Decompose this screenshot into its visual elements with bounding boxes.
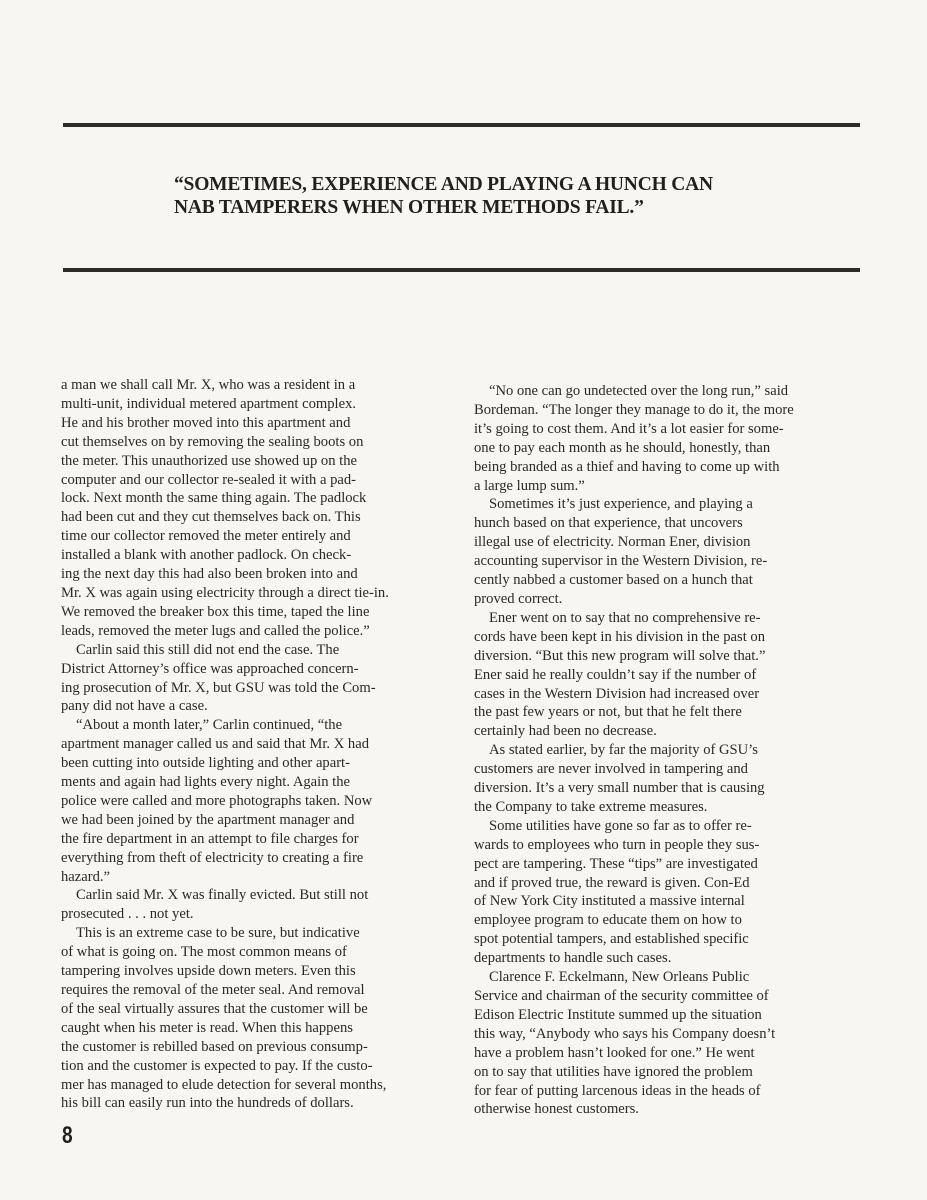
text-line: Carlin said Mr. X was finally evicted. B… — [61, 886, 433, 905]
text-line: on to say that utilities have ignored th… — [474, 1063, 870, 1082]
text-line: Some utilities have gone so far as to of… — [474, 817, 870, 836]
left-column: a man we shall call Mr. X, who was a res… — [61, 376, 433, 1113]
text-line: certainly had been no decrease. — [474, 722, 870, 741]
text-line: hunch based on that experience, that unc… — [474, 514, 870, 533]
text-line: had been cut and they cut themselves bac… — [61, 508, 433, 527]
text-line: multi-unit, individual metered apartment… — [61, 395, 433, 414]
text-line: otherwise honest customers. — [474, 1100, 870, 1119]
text-line: departments to handle such cases. — [474, 949, 870, 968]
text-line: this way, “Anybody who says his Company … — [474, 1025, 870, 1044]
text-line: Bordeman. “The longer they manage to do … — [474, 401, 870, 420]
text-line: pany did not have a case. — [61, 697, 433, 716]
text-line: “No one can go undetected over the long … — [474, 382, 870, 401]
text-line: cases in the Western Division had increa… — [474, 685, 870, 704]
text-line: tion and the customer is expected to pay… — [61, 1057, 433, 1076]
text-line: pect are tampering. These “tips” are inv… — [474, 855, 870, 874]
text-line: the meter. This unauthorized use showed … — [61, 452, 433, 471]
text-line: Carlin said this still did not end the c… — [61, 641, 433, 660]
text-line: cords have been kept in his division in … — [474, 628, 870, 647]
text-line: proved correct. — [474, 590, 870, 609]
text-line: “About a month later,” Carlin continued,… — [61, 716, 433, 735]
text-line: for fear of putting larcenous ideas in t… — [474, 1082, 870, 1101]
right-column: “No one can go undetected over the long … — [474, 382, 870, 1119]
text-line: employee program to educate them on how … — [474, 911, 870, 930]
text-line: cently nabbed a customer based on a hunc… — [474, 571, 870, 590]
text-line: diversion. It’s a very small number that… — [474, 779, 870, 798]
text-line: apartment manager called us and said tha… — [61, 735, 433, 754]
text-line: accounting supervisor in the Western Div… — [474, 552, 870, 571]
text-line: of the seal virtually assures that the c… — [61, 1000, 433, 1019]
text-line: Ener said he really couldn’t say if the … — [474, 666, 870, 685]
text-line: hazard.” — [61, 868, 433, 887]
text-line: and if proved true, the reward is given.… — [474, 874, 870, 893]
text-line: mer has managed to elude detection for s… — [61, 1076, 433, 1095]
text-line: of New York City instituted a massive in… — [474, 892, 870, 911]
text-line: illegal use of electricity. Norman Ener,… — [474, 533, 870, 552]
text-line: everything from theft of electricity to … — [61, 849, 433, 868]
text-line: tampering involves upside down meters. E… — [61, 962, 433, 981]
text-line: He and his brother moved into this apart… — [61, 414, 433, 433]
text-line: been cutting into outside lighting and o… — [61, 754, 433, 773]
pull-quote-line: “SOMETIMES, EXPERIENCE AND PLAYING A HUN… — [174, 173, 814, 196]
page-number: 8 — [62, 1122, 73, 1150]
text-line: caught when his meter is read. When this… — [61, 1019, 433, 1038]
text-line: a man we shall call Mr. X, who was a res… — [61, 376, 433, 395]
text-line: spot potential tampers, and established … — [474, 930, 870, 949]
text-line: we had been joined by the apartment mana… — [61, 811, 433, 830]
text-line: diversion. “But this new program will so… — [474, 647, 870, 666]
text-line: police were called and more photographs … — [61, 792, 433, 811]
text-line: Edison Electric Institute summed up the … — [474, 1006, 870, 1025]
text-line: computer and our collector re-sealed it … — [61, 471, 433, 490]
text-line: ments and again had lights every night. … — [61, 773, 433, 792]
text-line: ing prosecution of Mr. X, but GSU was to… — [61, 679, 433, 698]
text-line: a large lump sum.” — [474, 477, 870, 496]
text-line: the Company to take extreme measures. — [474, 798, 870, 817]
text-line: one to pay each month as he should, hone… — [474, 439, 870, 458]
text-line: his bill can easily run into the hundred… — [61, 1094, 433, 1113]
text-line: lock. Next month the same thing again. T… — [61, 489, 433, 508]
text-line: the past few years or not, but that he f… — [474, 703, 870, 722]
text-line: of what is going on. The most common mea… — [61, 943, 433, 962]
text-line: We removed the breaker box this time, ta… — [61, 603, 433, 622]
text-line: the customer is rebilled based on previo… — [61, 1038, 433, 1057]
text-line: the fire department in an attempt to fil… — [61, 830, 433, 849]
text-line: Clarence F. Eckelmann, New Orleans Publi… — [474, 968, 870, 987]
pull-quote: “SOMETIMES, EXPERIENCE AND PLAYING A HUN… — [174, 173, 814, 219]
text-line: prosecuted . . . not yet. — [61, 905, 433, 924]
text-line: wards to employees who turn in people th… — [474, 836, 870, 855]
text-line: Mr. X was again using electricity throug… — [61, 584, 433, 603]
pull-quote-line: NAB TAMPERERS WHEN OTHER METHODS FAIL.” — [174, 196, 814, 219]
top-rule — [63, 123, 860, 127]
text-line: customers are never involved in tamperin… — [474, 760, 870, 779]
text-line: As stated earlier, by far the majority o… — [474, 741, 870, 760]
text-line: This is an extreme case to be sure, but … — [61, 924, 433, 943]
text-line: requires the removal of the meter seal. … — [61, 981, 433, 1000]
text-line: have a problem hasn’t looked for one.” H… — [474, 1044, 870, 1063]
bottom-rule — [63, 268, 860, 272]
text-line: Ener went on to say that no comprehensiv… — [474, 609, 870, 628]
text-line: time our collector removed the meter ent… — [61, 527, 433, 546]
text-line: ing the next day this had also been brok… — [61, 565, 433, 584]
text-line: cut themselves on by removing the sealin… — [61, 433, 433, 452]
text-line: District Attorney’s office was approache… — [61, 660, 433, 679]
text-line: installed a blank with another padlock. … — [61, 546, 433, 565]
text-line: being branded as a thief and having to c… — [474, 458, 870, 477]
text-line: it’s going to cost them. And it’s a lot … — [474, 420, 870, 439]
text-line: Service and chairman of the security com… — [474, 987, 870, 1006]
text-line: Sometimes it’s just experience, and play… — [474, 495, 870, 514]
text-line: leads, removed the meter lugs and called… — [61, 622, 433, 641]
